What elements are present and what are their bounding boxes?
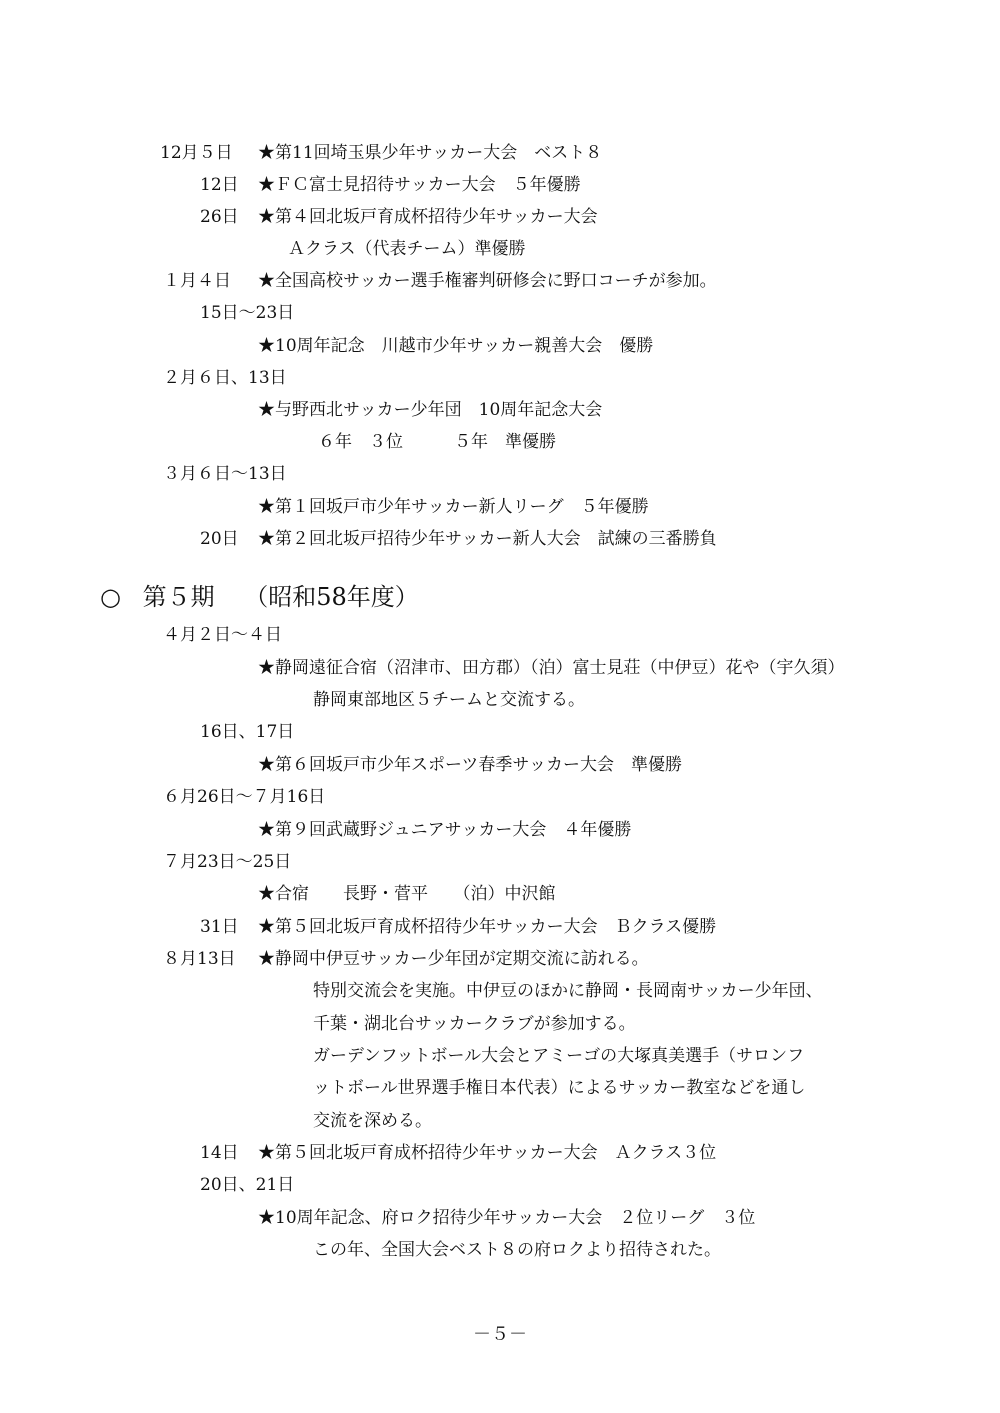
entry-date: ７月23日〜25日 [163,852,291,872]
entry-text: ★第１回坂戸市少年サッカー新人リーグ ５年優勝 [258,497,649,517]
entry-text: 特別交流会を実施。中伊豆のほかに静岡・長岡南サッカー少年団、 [313,981,823,1001]
entry-text: ★10周年記念、府ロク招待少年サッカー大会 ２位リーグ ３位 [258,1208,755,1228]
entry-date: 31日 [200,917,239,937]
entry-text: 千葉・湖北台サッカークラブが参加する。 [313,1014,636,1034]
entry-date: ６月26日〜７月16日 [163,787,325,807]
entry-text: ットボール世界選手権日本代表）によるサッカー教室などを通し [313,1078,805,1098]
entry-text: ６年 ３位 ５年 準優勝 [318,432,556,452]
entry-date: ８月13日 [163,949,236,969]
section-subtitle: （昭和58年度） [244,583,419,611]
entry-text: Ａクラス（代表チーム）準優勝 [288,239,526,259]
entry-text: ★第５回北坂戸育成杯招待少年サッカー大会 Ｂクラス優勝 [258,917,716,937]
entry-date: 26日 [200,207,239,227]
entry-date: ４月２日〜４日 [163,625,282,645]
entry-text: ★第４回北坂戸育成杯招待少年サッカー大会 [258,207,598,227]
section-title: 第５期 [143,583,215,611]
entry-date: 14日 [200,1143,239,1163]
entry-date: 12月５日 [160,143,233,163]
entry-date: 15日〜23日 [200,303,294,323]
entry-text: 交流を深める。 [313,1111,432,1131]
entry-text: 静岡東部地区５チームと交流する。 [313,690,585,710]
entry-text: ★第９回武蔵野ジュニアサッカー大会 ４年優勝 [258,820,631,840]
entry-text: ★ＦＣ富士見招待サッカー大会 ５年優勝 [258,175,581,195]
entry-text: ★第６回坂戸市少年スポーツ春季サッカー大会 準優勝 [258,755,682,775]
entry-date: 12日 [200,175,239,195]
entry-date: 16日、17日 [200,722,294,742]
entry-text: ★静岡遠征合宿（沼津市、田方郡）（泊）富士見荘（中伊豆）花や（宇久須） [258,658,845,678]
entry-text: ★与野西北サッカー少年団 10周年記念大会 [258,400,602,420]
entry-date: ２月６日、13日 [163,368,287,388]
page-number: －５－ [0,1320,1000,1346]
entry-text: ★第11回埼玉県少年サッカー大会 ベスト８ [258,143,602,163]
entry-text: ★全国高校サッカー選手権審判研修会に野口コーチが参加。 [258,271,717,291]
entry-text: ★合宿 長野・菅平 （泊）中沢館 [258,884,556,904]
entry-text: ガーデンフットボール大会とアミーゴの大塚真美選手（サロンフ [313,1046,804,1066]
entry-text: ★第２回北坂戸招待少年サッカー新人大会 試練の三番勝負 [258,529,717,549]
entry-text: この年、全国大会ベスト８の府ロクより招待された。 [313,1240,721,1260]
entry-date: 20日、21日 [200,1175,294,1195]
entry-date: １月４日 [163,271,231,291]
entry-text: ★第５回北坂戸育成杯招待少年サッカー大会 Ａクラス３位 [258,1143,716,1163]
entry-text: ★静岡中伊豆サッカー少年団が定期交流に訪れる。 [258,949,649,969]
section-marker: ○ [100,583,121,611]
section-heading: ○ 第５期 （昭和58年度） [100,582,419,612]
entry-date: ３月６日〜13日 [163,464,287,484]
entry-date: 20日 [200,529,239,549]
entry-text: ★10周年記念 川越市少年サッカー親善大会 優勝 [258,336,653,356]
